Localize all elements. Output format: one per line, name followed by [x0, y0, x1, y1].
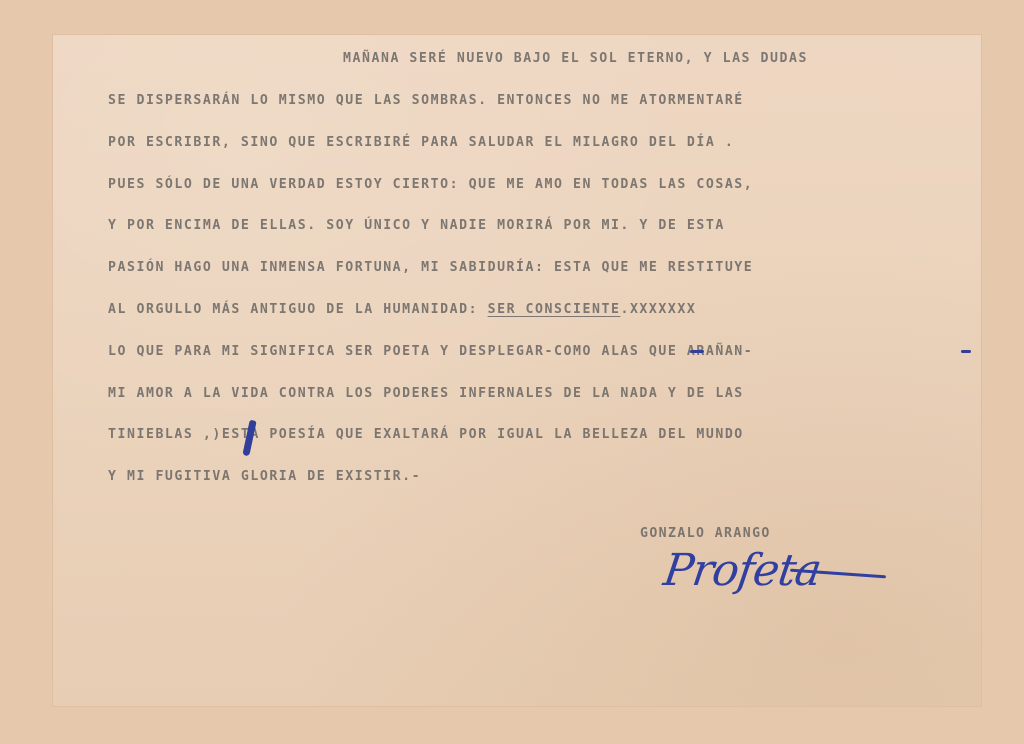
pen-dash-mark-end: [961, 350, 971, 353]
text-line-4: Pues sólo de una verdad estoy cierto: qu…: [108, 177, 753, 192]
text-line-2: se dispersarán lo mismo que las sombras.…: [108, 93, 744, 108]
text-line-9: mi amor a la vida contra los poderes inf…: [108, 386, 744, 401]
text-line-7: al orgullo más antiguo de la humanidad: …: [108, 302, 696, 317]
page-background: Mañana seré nuevo bajo el sol eterno, y …: [0, 0, 1024, 744]
underlined-phrase: ser consciente: [488, 302, 621, 317]
text-line-11: y mi fugitiva gloria de existir.-: [108, 469, 421, 484]
text-line-6: pasión hago una inmensa fortuna, mi sabi…: [108, 260, 753, 275]
struck-text: .xxxxxxx: [620, 302, 696, 317]
text-line-7-start: al orgullo más antiguo de la humanidad:: [108, 302, 488, 317]
text-line-8: Lo que para mi significa ser poeta y des…: [108, 344, 753, 359]
pen-dash-mark: [690, 350, 704, 353]
text-line-5: y por encima de ellas. Soy único y nadie…: [108, 218, 725, 233]
author-name: Gonzalo Arango: [640, 526, 771, 541]
text-line-3: por escribir, sino que escribiré para sa…: [108, 135, 734, 150]
text-line-1: Mañana seré nuevo bajo el sol eterno, y …: [343, 51, 808, 66]
text-line-10: tinieblas ,)esta poesía que exaltará por…: [108, 427, 744, 442]
